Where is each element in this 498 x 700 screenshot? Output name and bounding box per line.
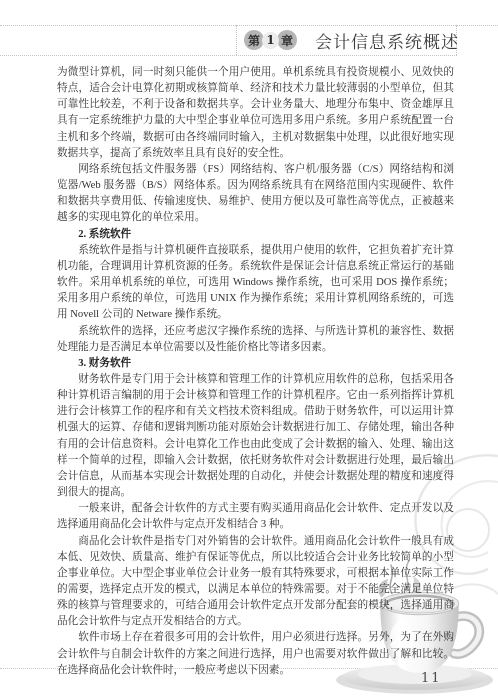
page-number: 11: [421, 671, 442, 686]
body-paragraph: 一般来讲，配备会计软件的方式主要有购买通用商品化会计软件、定点开发以及选择通用商…: [57, 501, 454, 533]
body-paragraph: 网络系统包括文件服务器（FS）网络结构、客户机/服务器（C/S）网络结构和浏览器…: [57, 162, 454, 227]
body-paragraph: 系统软件是指与计算机硬件直接联系，提供用户使用的软件，它担负着扩充计算机功能，合…: [57, 243, 454, 324]
body-text: 为微型计算机，同一时刻只能供一个用户使用。单机系统具有投资规模小、见效快的特点，…: [57, 65, 454, 679]
chapter-number-badge: 1: [262, 32, 279, 49]
chapter-title: 会计信息系统概述: [315, 28, 459, 53]
body-paragraph: 软件市场上存在着很多可用的会计软件，用户必须进行选择。另外，为了在外购会计软件与…: [57, 630, 454, 678]
chapter-suffix-badge: 章: [277, 30, 297, 50]
section-heading: 3. 财务软件: [57, 356, 454, 372]
header-bottom-rule: [0, 55, 457, 56]
body-paragraph: 商品化会计软件是指专门对外销售的会计软件。通用商品化会计软件一般具有成本低、见效…: [57, 534, 454, 631]
body-paragraph: 财务软件是专门用于会计核算和管理工作的计算机应用软件的总称，包括采用各种计算机语…: [57, 372, 454, 501]
section-heading: 2. 系统软件: [57, 227, 454, 243]
body-paragraph: 系统软件的选择，还应考虑汉字操作系统的选择、与所选计算机的兼容性、数据处理能力是…: [57, 324, 454, 356]
book-page: 第 1 章 会计信息系统概述: [0, 0, 498, 700]
chapter-badge: 第 1 章: [244, 30, 297, 50]
chapter-header: 第 1 章 会计信息系统概述: [236, 25, 457, 55]
body-paragraph: 为微型计算机，同一时刻只能供一个用户使用。单机系统具有投资规模小、见效快的特点，…: [57, 65, 454, 162]
chapter-prefix-badge: 第: [244, 30, 264, 50]
